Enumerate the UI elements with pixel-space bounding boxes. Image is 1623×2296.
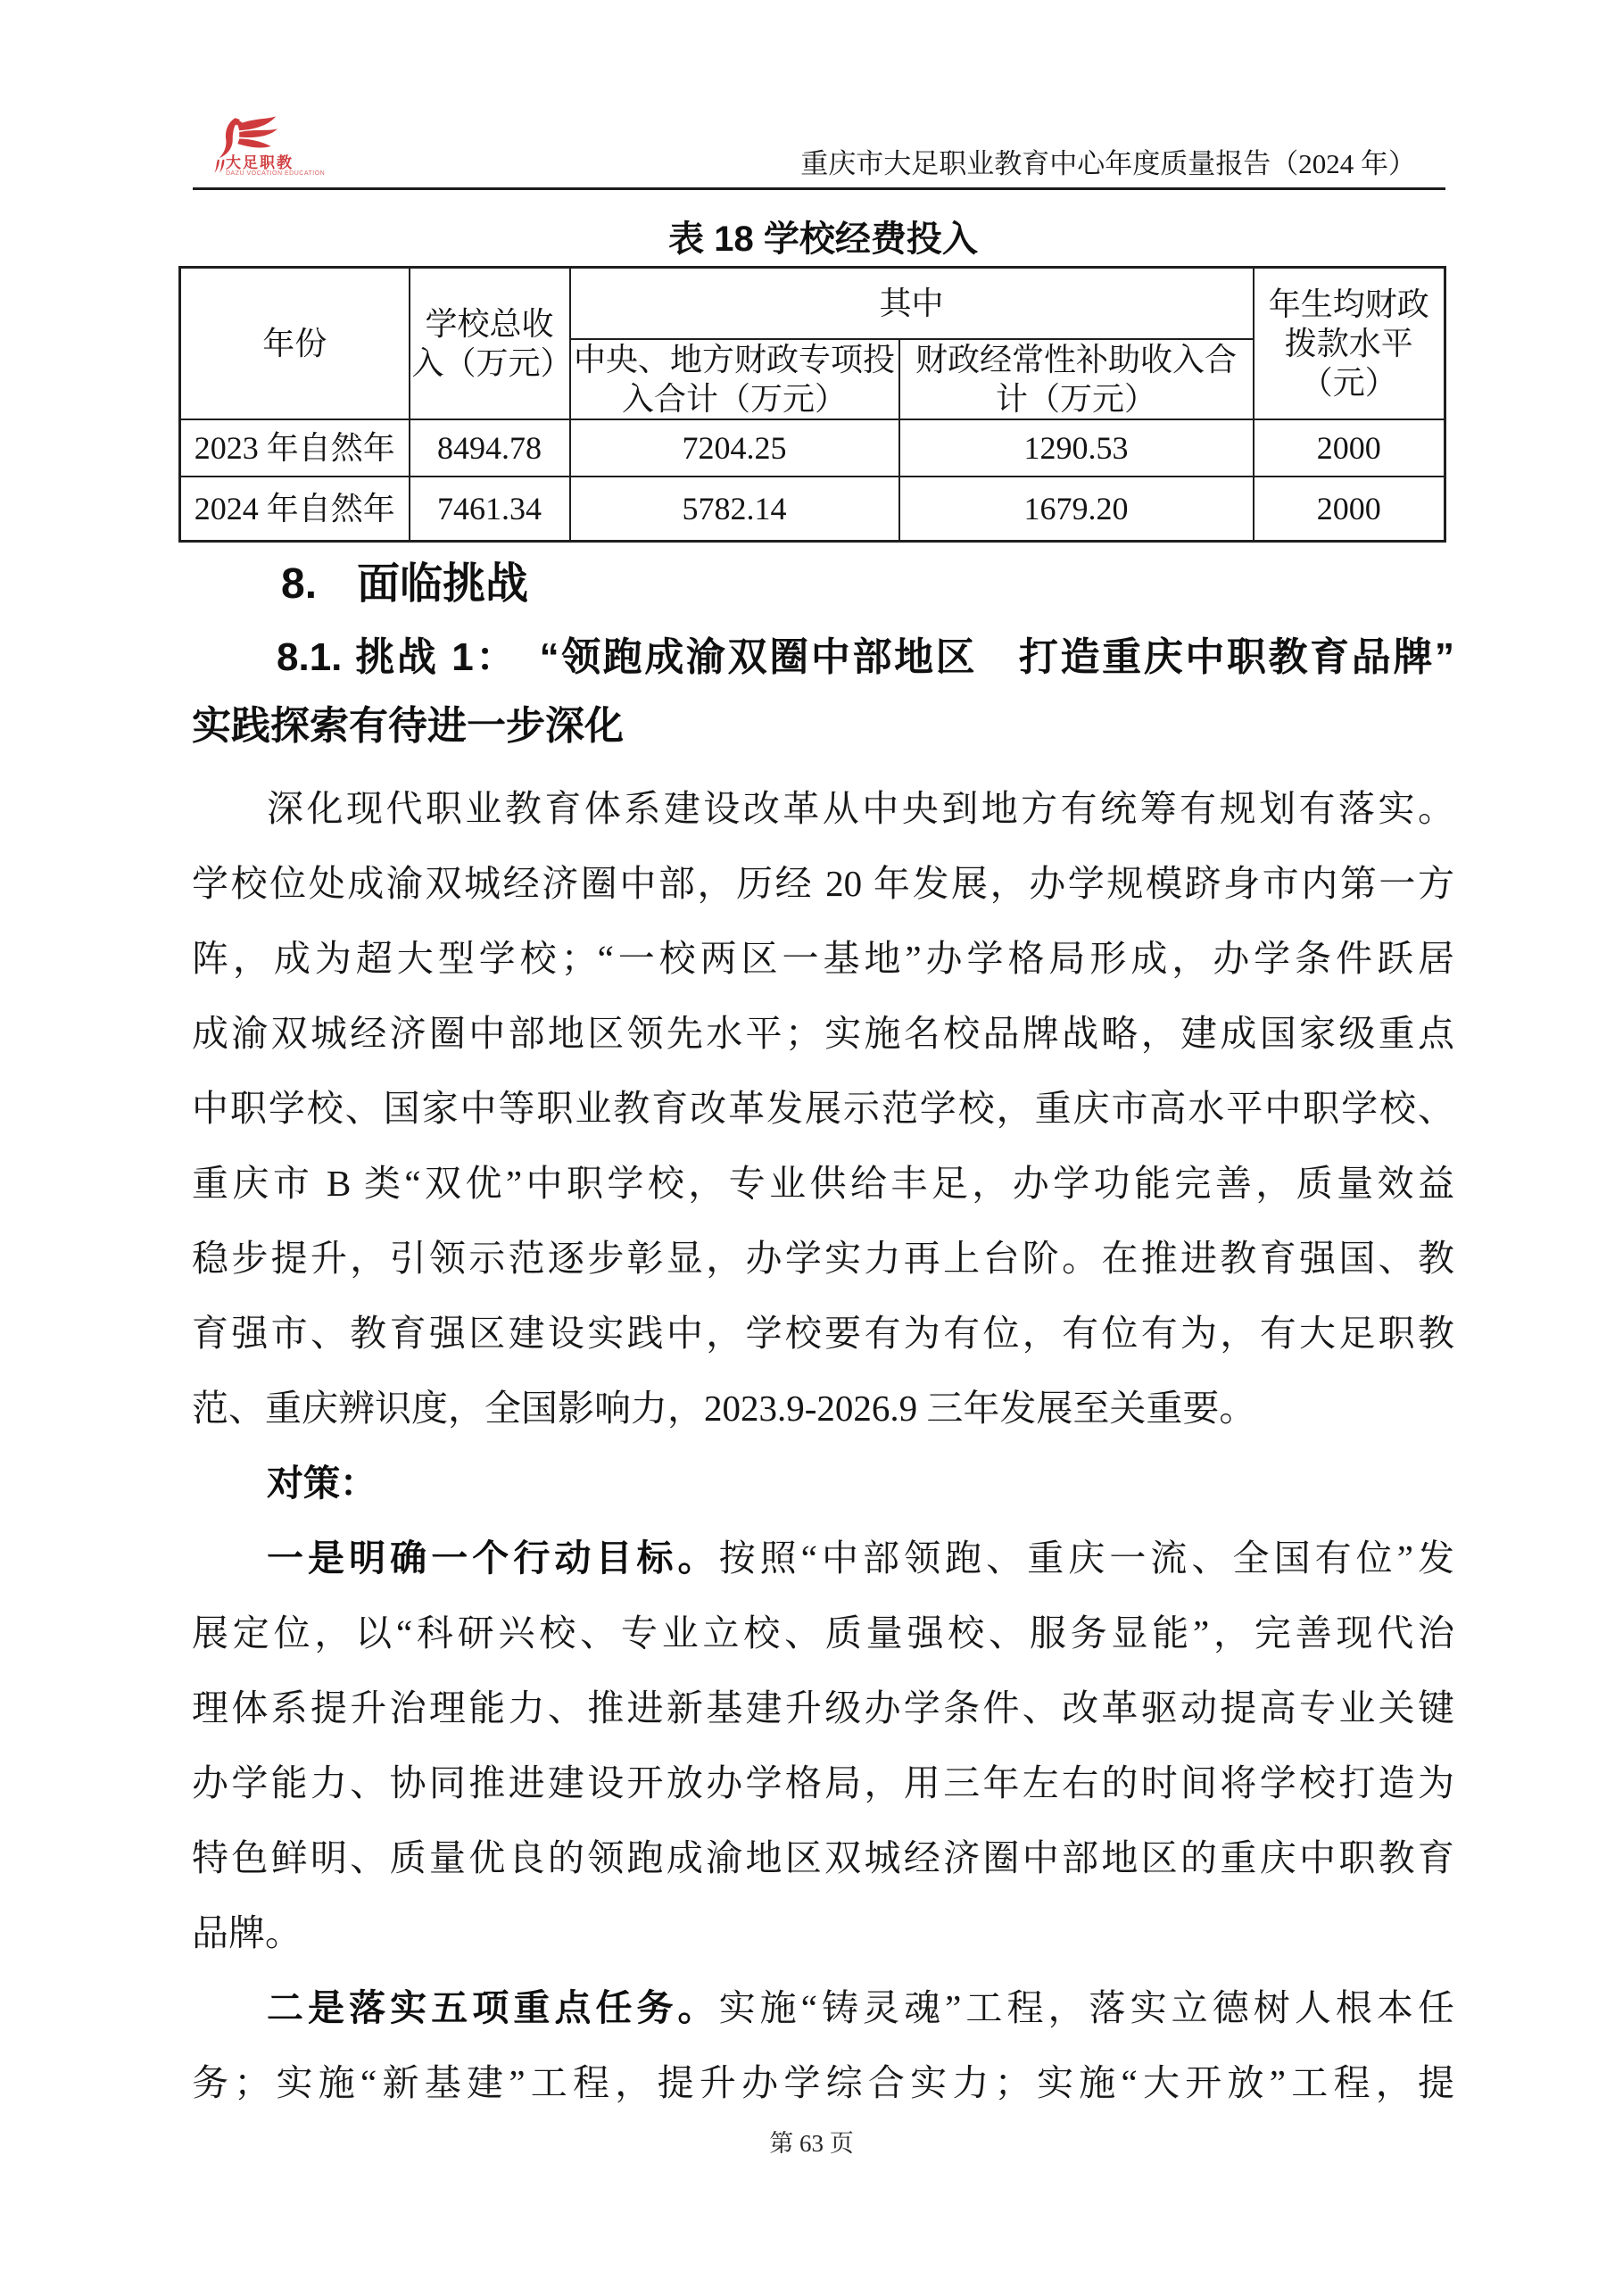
text-line: 展定位，以“科研兴校、专业立校、质量强校、服务显能”，完善现代治 — [192, 1596, 1454, 1670]
table-row: 2023 年自然年 8494.78 7204.25 1290.53 2000 — [180, 419, 1445, 477]
col-header-per-student: 年生均财政 拨款水平 （元） — [1254, 268, 1445, 419]
document-page: 大足职教 DAZU VOCATION EDUCATION 重庆市大足职业教育中心… — [0, 0, 1623, 2296]
table-header-row-1: 年份 学校总收 入（万元） 其中 年生均财政 拨款水平 （元） — [180, 268, 1445, 339]
page-number: 第 63 页 — [0, 2124, 1623, 2159]
school-logo: 大足职教 DAZU VOCATION EDUCATION — [192, 114, 348, 199]
text-line: 对策： — [192, 1446, 1454, 1521]
funding-table: 年份 学校总收 入（万元） 其中 年生均财政 拨款水平 （元） 中央、地方财政专… — [178, 266, 1446, 543]
col-header-per-student-line2: 拨款水平 — [1256, 324, 1443, 363]
text-line: 学校位处成渝双城经济圈中部，历经 20 年发展，办学规模跻身市内第一方 — [192, 846, 1454, 921]
col-header-year: 年份 — [180, 268, 410, 419]
text-line: 重庆市 B 类“双优”中职学校，专业供给丰足，办学功能完善，质量效益 — [192, 1146, 1454, 1221]
col-header-special-fund: 中央、地方财政专项投入合计（万元） — [570, 339, 899, 419]
table-caption: 表 18 学校经费投入 — [192, 217, 1454, 266]
table-row: 2024 年自然年 7461.34 5782.14 1679.20 2000 — [180, 477, 1445, 542]
text-line: 品牌。 — [192, 1895, 1454, 1970]
col-header-among: 其中 — [570, 268, 1254, 339]
paragraph: 深化现代职业教育体系建设改革从中央到地方有统筹有规划有落实。 学校位处成渝双城经… — [192, 771, 1454, 1446]
logo-caption: DAZU VOCATION EDUCATION — [226, 170, 325, 177]
text-line: 理体系提升治理能力、推进新基建升级办学条件、改革驱动提高专业关键 — [192, 1670, 1454, 1745]
logo-name: 大足职教 — [226, 150, 294, 172]
text-line: 成渝双城经济圈中部地区领先水平；实施名校品牌战略，建成国家级重点 — [192, 996, 1454, 1071]
section-heading-line: 8.1. 挑战 1： “领跑成渝双圈中部地区 打造重庆中职教育品牌” — [192, 623, 1454, 692]
text-line: 阵，成为超大型学校；“一校两区一基地”办学格局形成，办学条件跃居 — [192, 921, 1454, 996]
text-line: 中职学校、国家中等职业教育改革发展示范学校，重庆市高水平中职学校、 — [192, 1071, 1454, 1146]
text-line: 范、重庆辨识度，全国影响力，2023.9-2026.9 三年发展至关重要。 — [192, 1371, 1454, 1446]
text-line: 稳步提升，引领示范逐步彰显，办学实力再上台阶。在推进教育强国、教 — [192, 1221, 1454, 1296]
section-heading-line: 实践探索有待进一步深化 — [192, 692, 1454, 760]
cell-per-student: 2000 — [1254, 419, 1445, 477]
col-header-regular-subsidy: 财政经常性补助收入合计（万元） — [899, 339, 1254, 419]
text-line: 办学能力、协同推进建设开放办学格局，用三年左右的时间将学校打造为 — [192, 1745, 1454, 1820]
text-line: 育强市、教育强区建设实践中，学校要有为有位，有位有为，有大足职教 — [192, 1296, 1454, 1371]
paragraph: 一是明确一个行动目标。按照“中部领跑、重庆一流、全国有位”发 展定位，以“科研兴… — [192, 1521, 1454, 1970]
bold-lead: 二是落实五项重点任务。 — [267, 1987, 719, 2028]
section-title: 面临挑战 — [357, 560, 528, 608]
page-content: 表 18 学校经费投入 年份 学校总收 入（万元） 其中 年生均财政 拨款水平 … — [192, 217, 1454, 2120]
report-header-title: 重庆市大足职业教育中心年度质量报告（2024 年） — [800, 141, 1416, 181]
col-header-per-student-line3: （元） — [1256, 363, 1443, 402]
bold-lead: 一是明确一个行动目标。 — [267, 1538, 719, 1579]
line-rest: 实施“铸灵魂”工程，落实立德树人根本任 — [719, 1987, 1454, 2028]
cell-subsidy: 1679.20 — [899, 477, 1254, 542]
bold-lead: 对策： — [267, 1463, 377, 1504]
paragraph: 二是落实五项重点任务。实施“铸灵魂”工程，落实立德树人根本任 务；实施“新基建”… — [192, 1970, 1454, 2120]
text-line: 深化现代职业教育体系建设改革从中央到地方有统筹有规划有落实。 — [192, 771, 1454, 846]
text-line: 特色鲜明、质量优良的领跑成渝地区双城经济圈中部地区的重庆中职教育 — [192, 1820, 1454, 1895]
text-line: 务；实施“新基建”工程，提升办学综合实力；实施“大开放”工程，提 — [192, 2045, 1454, 2120]
col-header-total-income-line2: 入（万元） — [412, 344, 567, 383]
col-header-per-student-line1: 年生均财政 — [1256, 285, 1443, 324]
cell-year: 2023 年自然年 — [180, 419, 410, 477]
section-heading-8: 8.面临挑战 — [192, 559, 1454, 610]
col-header-total-income: 学校总收 入（万元） — [410, 268, 570, 419]
cell-subsidy: 1290.53 — [899, 419, 1254, 477]
cell-year: 2024 年自然年 — [180, 477, 410, 542]
cell-per-student: 2000 — [1254, 477, 1445, 542]
cell-total: 7461.34 — [410, 477, 570, 542]
paragraph: 对策： — [192, 1446, 1454, 1521]
line-rest: 按照“中部领跑、重庆一流、全国有位”发 — [719, 1538, 1454, 1579]
col-header-total-income-line1: 学校总收 — [412, 304, 567, 344]
cell-total: 8494.78 — [410, 419, 570, 477]
cell-special: 7204.25 — [570, 419, 899, 477]
text-line: 二是落实五项重点任务。实施“铸灵魂”工程，落实立德树人根本任 — [192, 1970, 1454, 2045]
text-line: 一是明确一个行动目标。按照“中部领跑、重庆一流、全国有位”发 — [192, 1521, 1454, 1596]
section-number: 8. — [281, 560, 317, 608]
cell-special: 5782.14 — [570, 477, 899, 542]
header-rule — [193, 187, 1445, 190]
section-heading-8-1: 8.1. 挑战 1： “领跑成渝双圈中部地区 打造重庆中职教育品牌” 实践探索有… — [192, 623, 1454, 760]
